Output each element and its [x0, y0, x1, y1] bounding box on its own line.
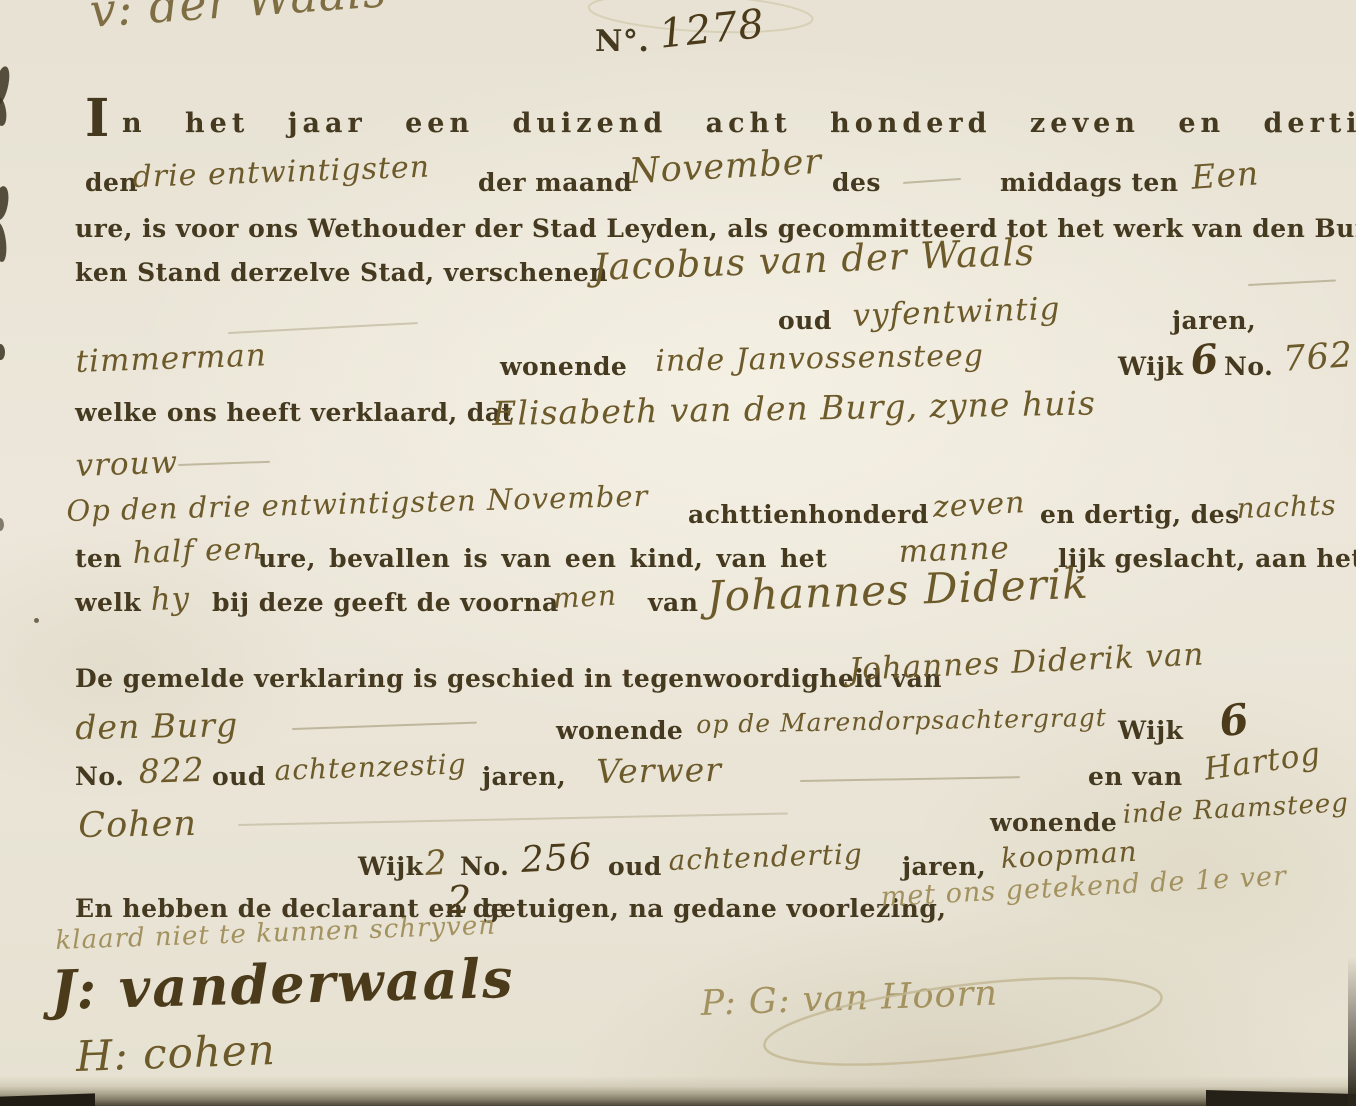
ink-dash: [800, 776, 1020, 782]
residence-wonende-label: wonende: [500, 352, 627, 381]
residence-no-value: 762: [1282, 335, 1354, 380]
residence-wijk-label: Wijk: [1118, 352, 1184, 381]
witness-intro: De gemelde verklaring is geschied in teg…: [75, 664, 942, 693]
birth-printed-en-dertig-des: en dertig, des: [1040, 500, 1240, 529]
birth2-printed-1: ure, bevallen is van een kind, van het: [258, 544, 827, 573]
birth3-welk-label: welk: [75, 588, 141, 617]
residence-street-value: inde Janvossensteeg: [655, 338, 984, 379]
ink-dash: [903, 178, 961, 184]
date-line-den: den: [85, 168, 138, 197]
witness2-wonende-label: wonende: [990, 808, 1117, 837]
birth-date-hand: Op den drie entwintigsten November: [66, 479, 649, 528]
date-day-value: drie entwintigsten: [132, 150, 431, 195]
witness1-name: Johannes Diderik van: [848, 636, 1205, 687]
ink-speck: [34, 618, 39, 623]
birth3-van-label: van: [648, 588, 698, 617]
residence-wijk-value: 6: [1188, 335, 1222, 385]
opening-initial: I: [85, 98, 110, 140]
official-line-2: ken Stand derzelve Stad, verschenen: [75, 258, 608, 287]
witness1-jaren-label: jaren,: [482, 762, 566, 791]
witness1-wijk-value: 6: [1216, 694, 1253, 747]
date-month-value: November: [628, 142, 823, 192]
age-oud-label: oud: [778, 306, 832, 335]
age-jaren-label: jaren,: [1172, 306, 1256, 335]
official-line-1: ure, is voor ons Wethouder der Stad Leyd…: [75, 214, 1356, 243]
closing-printed-2: getuigen, na gedane voorlezing,: [482, 894, 947, 923]
date-hour-value: Een: [1190, 153, 1260, 197]
birth3-men-value: men: [552, 579, 618, 615]
mother-name: Elisabeth van den Burg, zyne huis: [492, 383, 1096, 433]
declaration-line: welke ons heeft verklaard, dat: [75, 398, 514, 427]
date-line-des: des: [832, 168, 881, 197]
birth-time-of-day: nachts: [1236, 489, 1337, 525]
page-bottom-edge: [0, 1076, 1356, 1106]
ink-dash: [228, 322, 418, 334]
witness1-street-value: op de Marendorpsachtergragt: [696, 703, 1107, 739]
birth-printed-achttienhonderd: achttienhonderd: [688, 500, 929, 529]
opening-year-line: n het jaar een duizend acht honderd zeve…: [122, 108, 1356, 139]
witness2-street-value: inde Raamsteeg: [1122, 788, 1350, 830]
page-right-edge-shadow: [1348, 956, 1356, 1106]
birth-year-word: zeven: [932, 485, 1026, 525]
signature-declarant: J: vanderwaals: [50, 946, 515, 1022]
residence-no-label: No.: [1224, 352, 1273, 381]
birth3-printed-1: bij deze geeft de voorna: [212, 588, 559, 617]
ink-dash: [178, 461, 270, 466]
witness1-wijk-label: Wijk: [1118, 716, 1184, 745]
page-bottom-shadow-left: [0, 1093, 95, 1106]
witness2-wijk-value: 2: [424, 843, 449, 884]
birth2-printed-2: lijk geslacht, aan het-: [1058, 544, 1356, 573]
witness2-wijk-label: Wijk: [358, 852, 424, 881]
birth2-ten-label: ten: [75, 544, 122, 573]
witness1-no-label: No.: [75, 762, 124, 791]
witness2-oud-label: oud: [608, 852, 662, 881]
birth3-hy-value: hy: [150, 581, 191, 618]
date-line-der-maand: der maand: [478, 168, 632, 197]
witness1-occupation-value: Verwer: [596, 750, 722, 791]
witness1-age-value: achtenzestig: [274, 747, 467, 787]
ink-dash: [238, 812, 788, 826]
witness1-oud-label: oud: [212, 762, 266, 791]
witness1-no-value: 822: [138, 750, 205, 791]
act-number-value: 1278: [657, 1, 767, 58]
witness2-age-value: achtendertig: [668, 837, 863, 877]
margin-annotation: v: der Waals: [88, 0, 389, 38]
ink-dash: [292, 722, 477, 730]
signature-witness: H: cohen: [75, 1025, 276, 1081]
mother-name-cont: vrouw: [75, 444, 179, 484]
birth2-hour-value: half een: [132, 531, 263, 571]
edge-ink-mark: [0, 95, 8, 126]
ink-dash: [1248, 279, 1336, 286]
witness2-no-label: No.: [460, 852, 509, 881]
date-line-middags-ten: middags ten: [1000, 168, 1179, 197]
witness1-name-cont: den Burg: [75, 705, 238, 747]
edge-ink-mark: [0, 518, 4, 531]
witness2-name: Cohen: [78, 804, 197, 846]
birth-certificate-scan: v: der Waals N°. 1278 I n het jaar een d…: [0, 0, 1356, 1106]
act-number-label: N°.: [595, 24, 649, 59]
edge-ink-mark: [0, 221, 8, 262]
age-value: vyfentwintig: [852, 291, 1061, 334]
edge-ink-mark: [0, 344, 5, 360]
witness2-no-value: 256: [520, 836, 594, 881]
witness1-wonende-label: wonende: [556, 716, 683, 745]
witness2-firstname-value: Hartog: [1202, 736, 1323, 788]
page-bottom-shadow-right: [1206, 1090, 1356, 1106]
edge-ink-mark: [0, 185, 11, 221]
occupation-value: timmerman: [75, 337, 267, 380]
witness1-en-van-label: en van: [1088, 762, 1183, 791]
